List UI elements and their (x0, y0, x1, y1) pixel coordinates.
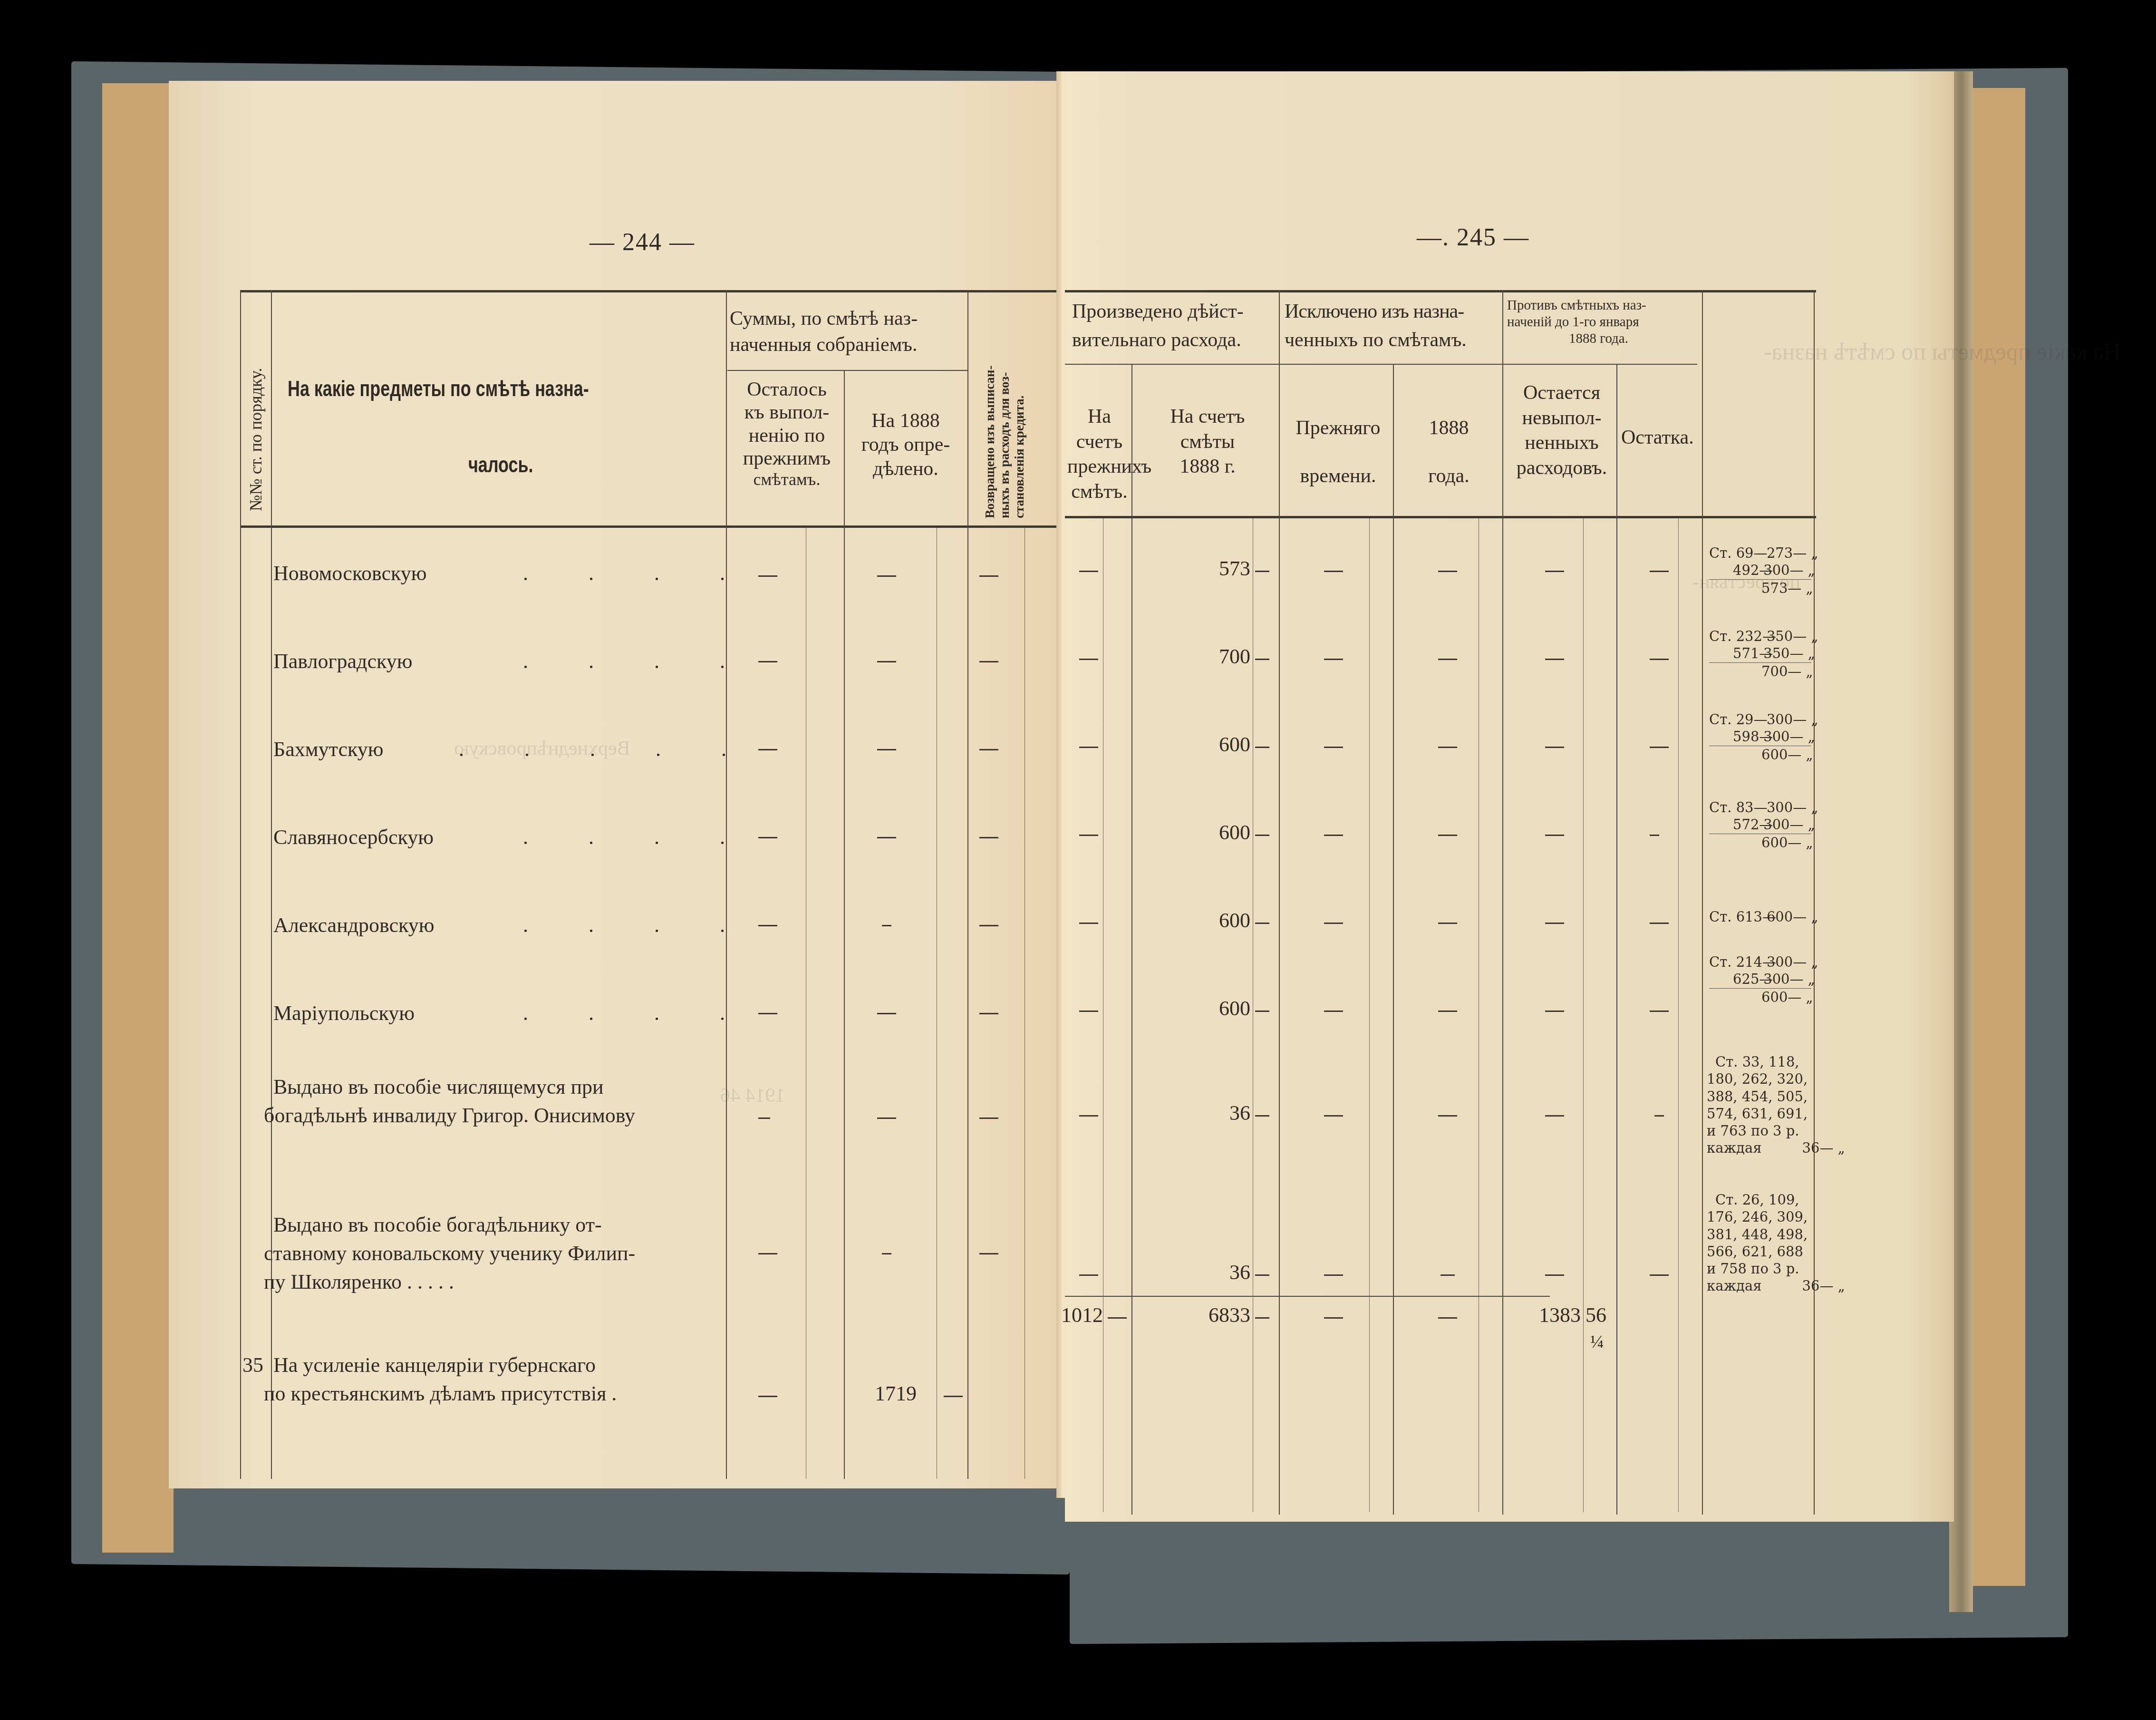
note-row-6: Ст. 33, 118, 180, 262, 320, 388, 454, 50… (1707, 1053, 1811, 1157)
sums-subheader-rule (727, 370, 967, 371)
col-rule (1616, 364, 1617, 1515)
header-subject-line2: чалось. (468, 452, 533, 478)
header-unfulfilled: Остаетсяневыпол-ненныхърасходовъ. (1507, 380, 1616, 480)
header-remaining: Осталоськъ выпол-ненію попрежнимъсмѣтамъ… (737, 378, 837, 490)
row-number: 35 (242, 1353, 263, 1378)
col-rule (967, 290, 968, 1479)
note-row-2: Ст. 29— 300— „ 598— 300— „ 600— „ (1709, 711, 1811, 763)
header-actual-expense: Произведено дѣйст- (1072, 300, 1244, 323)
col-rule (240, 290, 241, 1479)
col-rule (1502, 290, 1503, 1515)
kop-rule (1103, 518, 1103, 1512)
col-rule (271, 290, 272, 1479)
kop-rule (1369, 518, 1370, 1512)
col-rule (1279, 290, 1280, 1515)
col-rule (726, 290, 727, 1479)
endpaper-left (102, 83, 174, 1553)
col-rule (1393, 364, 1394, 1515)
note-row-3: Ст. 83— 300— „ 572— 300— „ 600— „ (1709, 799, 1811, 851)
header-against-estimates: Противъ смѣтныхъ наз- (1507, 297, 1646, 314)
kop-rule (1583, 518, 1584, 1512)
kop-rule (1253, 518, 1253, 1512)
col-rule (1814, 290, 1815, 1515)
page-number-left: — 244 — (590, 228, 695, 256)
header-returned: Возвращено изъ выписан-ныхъ въ расходъ д… (983, 365, 1027, 518)
table-top-rule (1065, 290, 1816, 292)
kop-rule (806, 528, 806, 1479)
col-rule (1702, 290, 1703, 1515)
col-rule (844, 371, 845, 1479)
note-row-4: Ст. 613— 600— „ (1709, 908, 1811, 925)
totals-rule (1065, 1296, 1550, 1297)
note-row-7: Ст. 26, 109, 176, 246, 309, 381, 448, 49… (1707, 1191, 1811, 1295)
kop-rule (1025, 528, 1025, 1479)
note-row-1: Ст. 232— 350— „ 571— 350— „ 700— „ (1709, 628, 1811, 680)
header-subject-line1: На какіе предметы по смѣтѣ назна- (288, 376, 589, 402)
header-sums-line1: Суммы, по смѣтѣ наз- (730, 307, 918, 330)
header-balance: Остатка. (1621, 426, 1694, 449)
header-prev-time: Прежняговремени. (1285, 404, 1392, 500)
kop-rule (1678, 518, 1679, 1512)
note-row-0: Ст. 69— 273— „ 492— 300— „ 573— „ (1709, 544, 1811, 597)
left-page: — 244 — Верхнеднѣпровскую 1914 46 №№ ст.… (169, 81, 1063, 1488)
kop-rule (1479, 518, 1479, 1512)
right-page: —. 245 — На какіе предметы по смѣтѣ назн… (1065, 71, 1954, 1522)
allocated-1888-value: 1719 (875, 1381, 917, 1407)
show-through-text: На какіе предметы по смѣтѣ назна- (1764, 338, 2121, 365)
header-1888-estimate: На счетъсмѣты1888 г. (1139, 404, 1276, 479)
header-col-number: №№ ст. по порядку. (246, 368, 266, 511)
header-bottom-rule (1065, 516, 1816, 518)
endpaper-right (1973, 88, 2025, 1586)
table-top-rule (240, 290, 1129, 292)
kop-rule (937, 528, 937, 1479)
header-bottom-rule (240, 525, 1129, 528)
page-number-right: —. 245 — (1417, 224, 1529, 252)
note-row-5: Ст. 214— 300— „ 625— 300— „ 600— „ (1709, 953, 1811, 1006)
row-subject: Новомосковскую (273, 561, 427, 586)
header-prev-estimates: На счетъпрежнихъсмѣтъ. (1067, 404, 1131, 504)
header-sums-line2: наченныя собраніемъ. (730, 333, 917, 357)
col-rule (1131, 364, 1132, 1515)
header-allocated-1888: На 1888годъ опре-дѣлено. (849, 409, 963, 481)
show-through-text: 1914 46 (720, 1084, 785, 1107)
header-1888-year: 1888года. (1398, 404, 1500, 500)
header-excluded: Исключено изъ назна- (1285, 300, 1464, 323)
subheader-rule (1065, 364, 1697, 365)
